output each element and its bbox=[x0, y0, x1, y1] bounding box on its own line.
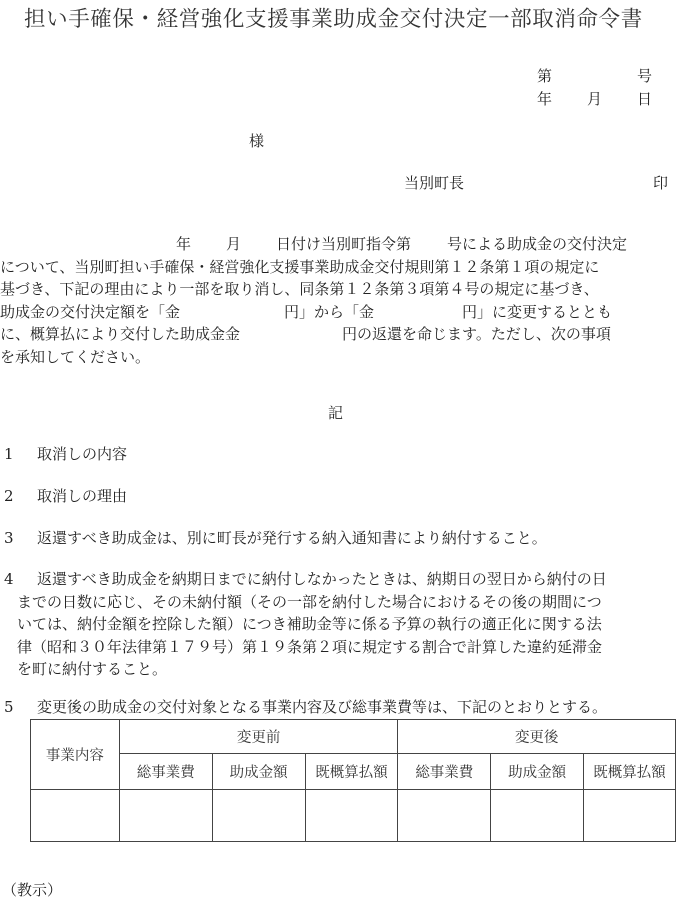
document-title: 担い手確保・経営強化支援事業助成金交付決定一部取消命令書 bbox=[24, 2, 643, 33]
item-text: 変更後の助成金の交付対象となる事業内容及び総事業費等は、下記のとおりとする。 bbox=[37, 698, 607, 716]
body-line-1: 年月日付け当別町指令第号による助成金の交付決定 bbox=[0, 233, 677, 256]
header-before-prepaid-amount: 既概算払額 bbox=[305, 754, 398, 790]
item-text: までの日数に応じ、その未納付額（その一部を納付した場合におけるその後の期間につ bbox=[0, 591, 677, 614]
body-paragraph: 年月日付け当別町指令第号による助成金の交付決定 について、当別町担い手確保・経営… bbox=[0, 233, 677, 368]
header-before-change: 変更前 bbox=[119, 720, 398, 754]
body-month: 月 bbox=[226, 235, 241, 253]
issuer-seal: 印 bbox=[653, 172, 668, 194]
cell-business-content[interactable] bbox=[31, 790, 120, 842]
item-3: 3返還すべき助成金は、別に町長が発行する納入通知書により納付すること。 bbox=[0, 527, 547, 548]
item-text: を町に納付すること。 bbox=[0, 658, 677, 681]
item-number: 3 bbox=[0, 529, 37, 547]
item-text: 返還すべき助成金は、別に町長が発行する納入通知書により納付すること。 bbox=[37, 529, 547, 547]
item-5: 5変更後の助成金の交付対象となる事業内容及び総事業費等は、下記のとおりとする。 bbox=[0, 696, 607, 717]
header-before-total-cost: 総事業費 bbox=[119, 754, 212, 790]
business-cost-table: 事業内容 変更前 変更後 総事業費 助成金額 既概算払額 総事業費 助成金額 既… bbox=[30, 719, 676, 842]
header-before-grant-amount: 助成金額 bbox=[212, 754, 305, 790]
header-after-grant-amount: 助成金額 bbox=[491, 754, 584, 790]
instruction-heading: （教示） bbox=[2, 879, 62, 900]
issuer-name: 当別町長 bbox=[404, 172, 464, 194]
ki-heading: 記 bbox=[328, 402, 343, 424]
body-line-3: 基づき、下記の理由により一部を取り消し、同条第１２条第３項第４号の規定に基づき、 bbox=[0, 278, 677, 301]
body-year: 年 bbox=[176, 235, 191, 253]
body-amount-change-text: 円」に変更するととも bbox=[462, 303, 612, 321]
body-amount-after-label: 円」から「金 bbox=[284, 303, 374, 321]
body-line-4: 助成金の交付決定額を「金円」から「金円」に変更するととも bbox=[0, 301, 677, 324]
item-number: 4 bbox=[0, 568, 37, 591]
item-text: 取消しの内容 bbox=[37, 445, 127, 463]
cell-before-prepaid-amount[interactable] bbox=[305, 790, 398, 842]
number-suffix: 号 bbox=[637, 65, 652, 87]
cell-before-total-cost[interactable] bbox=[119, 790, 212, 842]
body-line-5: に、概算払により交付した助成金金円の返還を命じます。ただし、次の事項 bbox=[0, 323, 677, 346]
date-year: 年 bbox=[537, 88, 552, 110]
item-number: 1 bbox=[0, 445, 37, 463]
item-text: いては、納付金額を控除した額）につき補助金等に係る予算の執行の適正化に関する法 bbox=[0, 613, 677, 636]
cell-after-grant-amount[interactable] bbox=[491, 790, 584, 842]
addressee-honorific: 様 bbox=[249, 130, 264, 152]
date-month: 月 bbox=[587, 88, 602, 110]
body-ref-text: 日付け当別町指令第 bbox=[276, 235, 411, 253]
item-2: 2取消しの理由 bbox=[0, 485, 127, 506]
cell-before-grant-amount[interactable] bbox=[212, 790, 305, 842]
table-row bbox=[31, 790, 676, 842]
header-after-total-cost: 総事業費 bbox=[398, 754, 491, 790]
item-text: 返還すべき助成金を納期日までに納付しなかったときは、納期日の翌日から納付の日 bbox=[37, 570, 607, 588]
number-prefix: 第 bbox=[537, 65, 552, 87]
cell-after-total-cost[interactable] bbox=[398, 790, 491, 842]
body-line-6: を承知してください。 bbox=[0, 346, 677, 369]
item-text: 律（昭和３０年法律第１７９号）第１９条第２項に規定する割合で計算した違約延滞金 bbox=[0, 636, 677, 659]
item-4: 4返還すべき助成金を納期日までに納付しなかったときは、納期日の翌日から納付の日 … bbox=[0, 568, 677, 681]
item-1: 1取消しの内容 bbox=[0, 443, 127, 464]
body-amount-before-label: 助成金の交付決定額を「金 bbox=[0, 303, 180, 321]
item-number: 5 bbox=[0, 698, 37, 716]
header-after-prepaid-amount: 既概算払額 bbox=[584, 754, 676, 790]
body-line-2: について、当別町担い手確保・経営強化支援事業助成金交付規則第１２条第１項の規定に bbox=[0, 256, 677, 279]
body-ref-text-2: 号による助成金の交付決定 bbox=[447, 235, 627, 253]
header-business-content: 事業内容 bbox=[31, 720, 120, 790]
item-number: 2 bbox=[0, 487, 37, 505]
body-refund-text: 円の返還を命じます。ただし、次の事項 bbox=[342, 325, 611, 343]
item-text: 取消しの理由 bbox=[37, 487, 127, 505]
date-day: 日 bbox=[637, 88, 652, 110]
header-after-change: 変更後 bbox=[398, 720, 676, 754]
cell-after-prepaid-amount[interactable] bbox=[584, 790, 676, 842]
body-refund-label: に、概算払により交付した助成金金 bbox=[0, 325, 240, 343]
